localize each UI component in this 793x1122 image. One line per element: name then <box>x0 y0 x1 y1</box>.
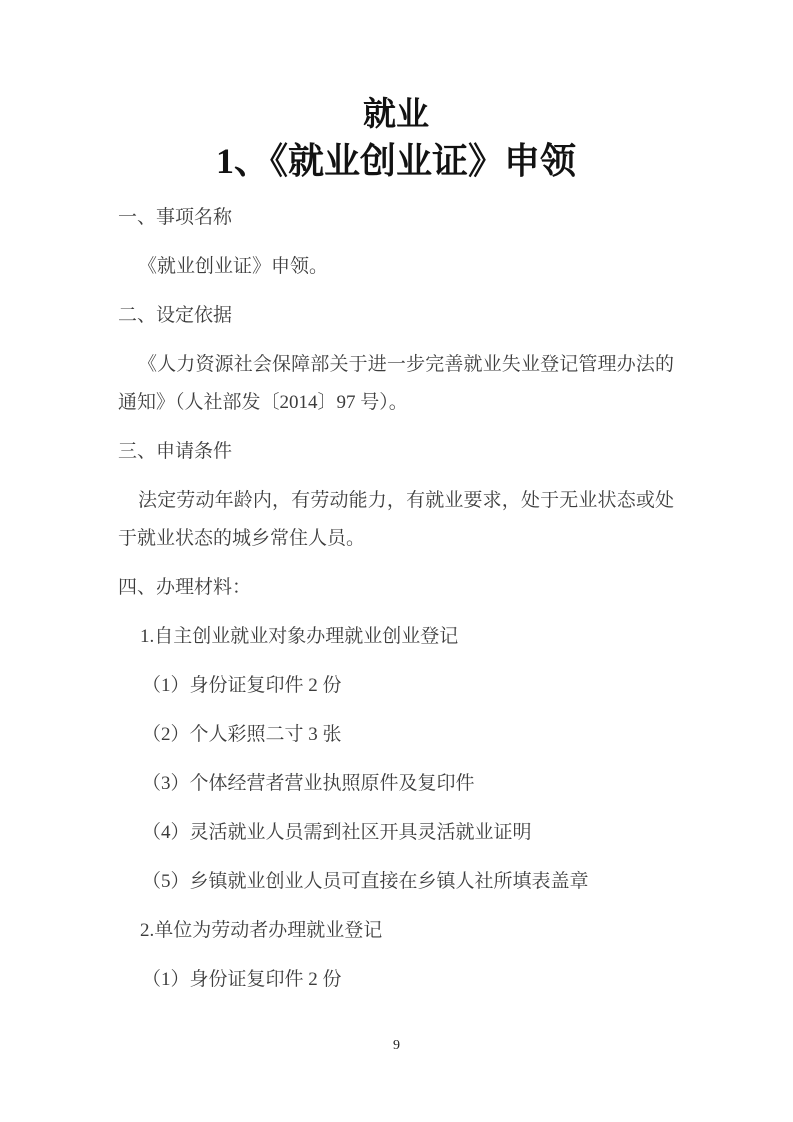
sub-list-item-1-5: （5）乡镇就业创业人员可直接在乡镇人社所填表盖章 <box>118 863 674 901</box>
document-subtitle: 1、《就业创业证》申领 <box>118 137 674 185</box>
document-content: 就业 1、《就业创业证》申领 一、事项名称 《就业创业证》申领。 二、设定依据 … <box>118 93 674 1010</box>
body-paragraph-item-name: 《就业创业证》申领。 <box>118 248 674 286</box>
section-heading-materials: 四、办理材料： <box>118 569 674 607</box>
document-page: 就业 1、《就业创业证》申领 一、事项名称 《就业创业证》申领。 二、设定依据 … <box>0 0 793 1122</box>
list-item-2: 2.单位为劳动者办理就业登记 <box>118 912 674 950</box>
sub-list-item-1-3: （3）个体经营者营业执照原件及复印件 <box>118 765 674 803</box>
sub-list-item-2-1: （1）身份证复印件 2 份 <box>118 961 674 999</box>
list-item-1: 1.自主创业就业对象办理就业创业登记 <box>118 618 674 656</box>
page-number: 9 <box>0 1036 793 1056</box>
body-paragraph-conditions: 法定劳动年龄内，有劳动能力，有就业要求，处于无业状态或处于就业状态的城乡常住人员… <box>118 482 674 558</box>
sub-list-item-1-1: （1）身份证复印件 2 份 <box>118 667 674 705</box>
sub-list-item-1-2: （2）个人彩照二寸 3 张 <box>118 716 674 754</box>
section-heading-conditions: 三、申请条件 <box>118 433 674 471</box>
body-paragraph-legal-basis: 《人力资源社会保障部关于进一步完善就业失业登记管理办法的通知》（人社部发〔201… <box>118 346 674 422</box>
sub-list-item-1-4: （4）灵活就业人员需到社区开具灵活就业证明 <box>118 814 674 852</box>
section-heading-legal-basis: 二、设定依据 <box>118 297 674 335</box>
section-heading-item-name: 一、事项名称 <box>118 199 674 237</box>
document-title: 就业 <box>118 93 674 137</box>
